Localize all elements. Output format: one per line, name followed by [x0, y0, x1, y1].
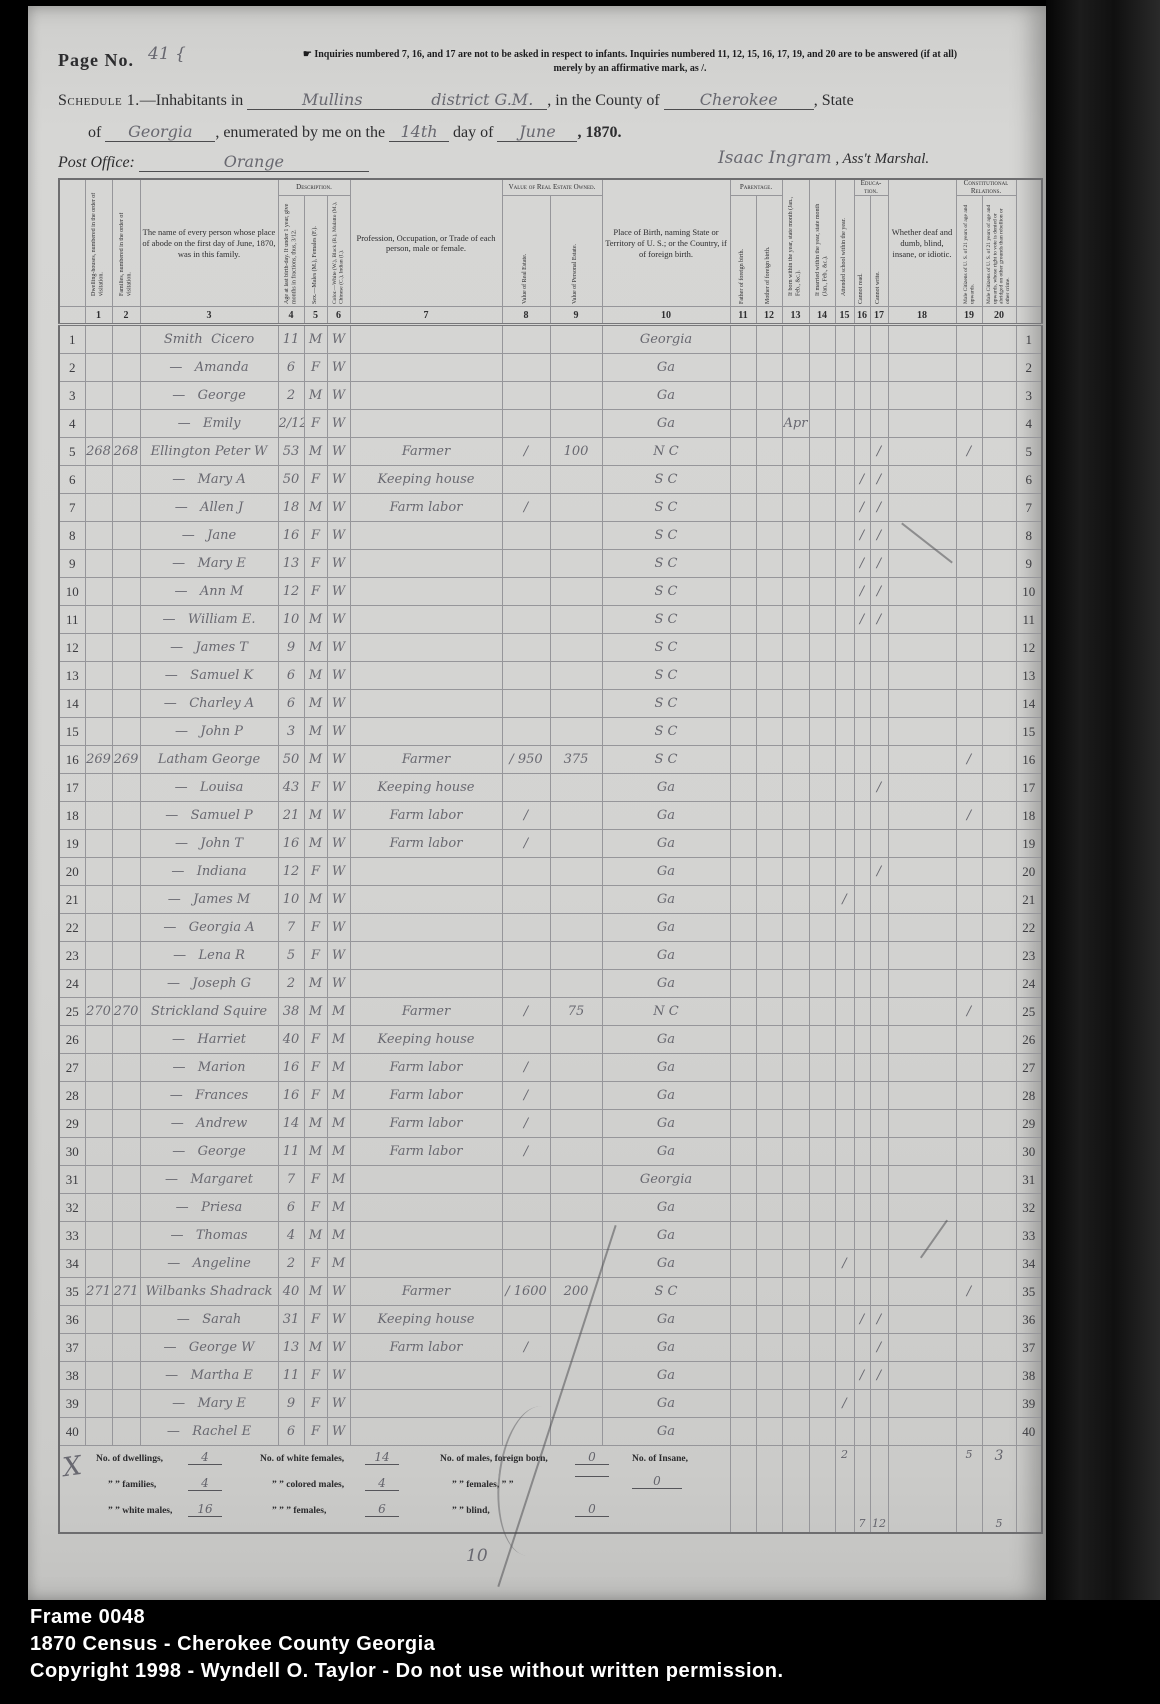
cell-name: Smith Cicero — [140, 325, 278, 354]
cell-re: / — [502, 1082, 550, 1110]
cell-deaf — [888, 1222, 956, 1250]
cell-cr: / — [854, 522, 870, 550]
cell-mf — [756, 1194, 782, 1222]
cell-married — [809, 662, 835, 690]
cell-occ: Farmer — [350, 998, 502, 1026]
cell-ff — [730, 522, 756, 550]
cell-mf — [756, 914, 782, 942]
cell-re: / — [502, 494, 550, 522]
cell-pe: 75 — [550, 998, 602, 1026]
cell-n-right: 18 — [1016, 802, 1042, 830]
cell-married — [809, 690, 835, 718]
families-label: ” ” families, — [108, 1480, 156, 1490]
cell-cit — [956, 1166, 982, 1194]
cell-c20 — [982, 718, 1016, 746]
cell-c20 — [982, 466, 1016, 494]
cell-deaf — [888, 1306, 956, 1334]
cell-color: M — [327, 1222, 350, 1250]
cell-fam — [112, 606, 140, 634]
cell-c20 — [982, 886, 1016, 914]
cell-cw: / — [870, 578, 888, 606]
cell-name: Wilbanks Shadrack — [140, 1278, 278, 1306]
cell-name: — George — [140, 1138, 278, 1166]
cell-pe — [550, 942, 602, 970]
cell-cr — [854, 1110, 870, 1138]
cell-occ: Farm labor — [350, 1054, 502, 1082]
cell-sex: F — [304, 410, 327, 438]
cell-fam — [112, 718, 140, 746]
cell-occ — [350, 942, 502, 970]
cell-cw — [870, 1194, 888, 1222]
cell-occ: Keeping house — [350, 1306, 502, 1334]
cell-mf — [756, 830, 782, 858]
summary-mark: 7 — [855, 1517, 870, 1530]
cell-re: / — [502, 438, 550, 466]
cell-cit — [956, 1250, 982, 1278]
cell-occ: Farmer — [350, 438, 502, 466]
cell-deaf — [888, 690, 956, 718]
cell-n-right: 27 — [1016, 1054, 1042, 1082]
cell-cw — [870, 746, 888, 774]
cell-ff — [730, 1390, 756, 1418]
cell-cw: / — [870, 522, 888, 550]
cell-cit — [956, 522, 982, 550]
cell-dw — [85, 634, 112, 662]
cell-pe: 100 — [550, 438, 602, 466]
cell-ff — [730, 382, 756, 410]
cell-sex: F — [304, 1194, 327, 1222]
cell-cit — [956, 1194, 982, 1222]
cell-sex: M — [304, 690, 327, 718]
cell-school: / — [835, 1250, 854, 1278]
state-label: , State — [814, 92, 854, 109]
summary-cell-right — [1016, 1446, 1042, 1534]
column-number: 8 — [502, 307, 550, 325]
cell-birth: S C — [602, 494, 730, 522]
cell-mf — [756, 382, 782, 410]
census-row: 7— Allen J18MWFarm labor/S C//7 — [59, 494, 1042, 522]
cell-married — [809, 718, 835, 746]
cell-pe — [550, 1362, 602, 1390]
cell-color: W — [327, 914, 350, 942]
census-row: 19— John T16MWFarm labor/Ga19 — [59, 830, 1042, 858]
cell-pe — [550, 1166, 602, 1194]
cell-re — [502, 858, 550, 886]
cell-pe — [550, 1026, 602, 1054]
cell-mf — [756, 746, 782, 774]
cell-occ — [350, 886, 502, 914]
cell-deaf — [888, 354, 956, 382]
cell-name: — Andrew — [140, 1110, 278, 1138]
column-number — [1016, 307, 1042, 325]
cell-re — [502, 606, 550, 634]
cell-dw: 270 — [85, 998, 112, 1026]
cell-born — [782, 1390, 809, 1418]
census-row: 17— Louisa43FWKeeping houseGa/17 — [59, 774, 1042, 802]
cell-fam: 270 — [112, 998, 140, 1026]
cell-n: 10 — [59, 578, 85, 606]
cell-fam: 268 — [112, 438, 140, 466]
cell-n: 11 — [59, 606, 85, 634]
cell-n-right: 14 — [1016, 690, 1042, 718]
census-row: 4— Emily2/12FWGaApr4 — [59, 410, 1042, 438]
cell-cit — [956, 830, 982, 858]
cell-occ — [350, 578, 502, 606]
col-cannot-write-header: Cannot write. — [870, 196, 888, 307]
cell-mf — [756, 410, 782, 438]
cell-born — [782, 690, 809, 718]
cell-fam — [112, 382, 140, 410]
cell-school — [835, 1054, 854, 1082]
cell-cw — [870, 886, 888, 914]
cell-c20 — [982, 550, 1016, 578]
cell-cw — [870, 914, 888, 942]
cell-school: / — [835, 886, 854, 914]
cell-cit — [956, 1222, 982, 1250]
cell-cw — [870, 1250, 888, 1278]
cell-age: 40 — [278, 1278, 304, 1306]
cell-mf — [756, 354, 782, 382]
cell-dw — [85, 1362, 112, 1390]
cell-occ — [350, 1222, 502, 1250]
summary-cell-12 — [756, 1446, 782, 1534]
cell-cr — [854, 382, 870, 410]
cell-pe — [550, 382, 602, 410]
cell-school — [835, 970, 854, 998]
cell-deaf — [888, 382, 956, 410]
cell-married — [809, 438, 835, 466]
schedule-line: Schedule 1.—Inhabitants in Mullinsdistri… — [58, 90, 1038, 110]
cell-occ — [350, 1362, 502, 1390]
column-number: 4 — [278, 307, 304, 325]
cell-deaf — [888, 830, 956, 858]
cell-sex: M — [304, 382, 327, 410]
cell-re: / 1600 — [502, 1278, 550, 1306]
cell-deaf — [888, 522, 956, 550]
cell-mf — [756, 606, 782, 634]
cell-dw — [85, 1082, 112, 1110]
col-father-foreign-header: Father of foreign birth. — [730, 196, 756, 307]
cell-cw — [870, 410, 888, 438]
cell-n-right: 5 — [1016, 438, 1042, 466]
cell-age: 13 — [278, 1334, 304, 1362]
cell-mf — [756, 1138, 782, 1166]
cell-pe — [550, 858, 602, 886]
cell-cw — [870, 1138, 888, 1166]
column-number: 12 — [756, 307, 782, 325]
cell-born — [782, 550, 809, 578]
cell-c20 — [982, 606, 1016, 634]
instructions-line2: merely by an affirmative mark, as /. — [553, 63, 706, 74]
cell-occ — [350, 522, 502, 550]
cell-school — [835, 1418, 854, 1446]
cell-ff — [730, 914, 756, 942]
cell-cw: / — [870, 438, 888, 466]
column-number: 13 — [782, 307, 809, 325]
cell-n-right: 31 — [1016, 1166, 1042, 1194]
cell-school — [835, 438, 854, 466]
cell-n-right: 9 — [1016, 550, 1042, 578]
cell-school — [835, 1026, 854, 1054]
cell-married — [809, 494, 835, 522]
cell-cw — [870, 634, 888, 662]
cell-married — [809, 1026, 835, 1054]
cell-mf — [756, 1222, 782, 1250]
cell-n-right: 17 — [1016, 774, 1042, 802]
cell-cr — [854, 998, 870, 1026]
cell-sex: M — [304, 886, 327, 914]
cell-cw — [870, 1418, 888, 1446]
col-married-month-header: If married within the year, state month … — [809, 179, 835, 307]
cell-occ — [350, 1166, 502, 1194]
cell-age: 50 — [278, 746, 304, 774]
cell-birth: Ga — [602, 382, 730, 410]
cell-ff — [730, 942, 756, 970]
cell-fam — [112, 522, 140, 550]
cell-cr — [854, 662, 870, 690]
cell-fam — [112, 690, 140, 718]
cell-re — [502, 718, 550, 746]
cell-c20 — [982, 942, 1016, 970]
col-color-header: Color.—White (W.), Black (B.), Mulatto (… — [327, 196, 350, 307]
cell-married — [809, 606, 835, 634]
summary-cell-18 — [888, 1446, 956, 1534]
cell-occ — [350, 1194, 502, 1222]
cell-ff — [730, 466, 756, 494]
cell-cw: / — [870, 1362, 888, 1390]
cell-birth: Ga — [602, 1334, 730, 1362]
cell-cw — [870, 325, 888, 354]
cell-n: 25 — [59, 998, 85, 1026]
column-number: 9 — [550, 307, 602, 325]
cell-ff — [730, 970, 756, 998]
county-label: , in the County of — [547, 92, 659, 109]
cell-age: 9 — [278, 1390, 304, 1418]
cell-cr: / — [854, 1306, 870, 1334]
cell-mf — [756, 1026, 782, 1054]
cell-sex: M — [304, 1222, 327, 1250]
cell-deaf — [888, 1054, 956, 1082]
cell-occ — [350, 1390, 502, 1418]
cell-cit — [956, 410, 982, 438]
cell-mf — [756, 466, 782, 494]
group-description: Description. — [278, 179, 350, 196]
cell-re: / — [502, 1054, 550, 1082]
cell-married — [809, 858, 835, 886]
cell-cit — [956, 690, 982, 718]
cell-re: / — [502, 998, 550, 1026]
cell-n: 40 — [59, 1418, 85, 1446]
cell-dw — [85, 1334, 112, 1362]
cell-cw — [870, 942, 888, 970]
cell-occ: Farmer — [350, 1278, 502, 1306]
cell-married — [809, 970, 835, 998]
cell-married — [809, 354, 835, 382]
cell-cr — [854, 634, 870, 662]
cell-color: W — [327, 830, 350, 858]
census-row: 24— Joseph G2MWGa24 — [59, 970, 1042, 998]
cell-dw — [85, 1054, 112, 1082]
cell-deaf — [888, 774, 956, 802]
enumerated-label: , enumerated by me on the — [215, 124, 385, 141]
cell-cit — [956, 970, 982, 998]
cell-deaf — [888, 410, 956, 438]
cell-n-right: 24 — [1016, 970, 1042, 998]
cell-born — [782, 494, 809, 522]
cell-cr — [854, 1334, 870, 1362]
cell-married — [809, 1334, 835, 1362]
cell-cr — [854, 354, 870, 382]
census-row: 31— Margaret7FMGeorgia31 — [59, 1166, 1042, 1194]
cell-fam — [112, 1194, 140, 1222]
cell-cit — [956, 325, 982, 354]
cell-age: 16 — [278, 1054, 304, 1082]
cell-cw — [870, 1054, 888, 1082]
cell-school — [835, 858, 854, 886]
cell-school — [835, 1222, 854, 1250]
cell-n-right: 22 — [1016, 914, 1042, 942]
cell-school — [835, 550, 854, 578]
page-number-label: Page No. — [58, 50, 134, 71]
cell-occ — [350, 634, 502, 662]
cell-n: 6 — [59, 466, 85, 494]
cell-cit: / — [956, 746, 982, 774]
cell-c20 — [982, 1082, 1016, 1110]
cell-fam — [112, 830, 140, 858]
cell-age: 31 — [278, 1306, 304, 1334]
day-field: 14th — [389, 122, 449, 142]
cell-deaf — [888, 578, 956, 606]
cell-mf — [756, 858, 782, 886]
census-row: 8— Jane16FWS C//8 — [59, 522, 1042, 550]
cell-deaf — [888, 718, 956, 746]
cell-cit — [956, 1306, 982, 1334]
cell-mf — [756, 494, 782, 522]
cell-birth: S C — [602, 606, 730, 634]
cell-name: — Charley A — [140, 690, 278, 718]
cell-married — [809, 1054, 835, 1082]
cell-name: — James T — [140, 634, 278, 662]
scan-dark-edge — [1046, 0, 1160, 1600]
cell-age: 6 — [278, 662, 304, 690]
col-families-header: Families, numbered in the order of visit… — [112, 179, 140, 307]
cell-fam — [112, 354, 140, 382]
cell-re — [502, 1194, 550, 1222]
cell-ff — [730, 998, 756, 1026]
cell-born — [782, 1418, 809, 1446]
col-birthplace-header: Place of Birth, naming State or Territor… — [602, 179, 730, 307]
cell-occ — [350, 325, 502, 354]
cell-name: — Samuel P — [140, 802, 278, 830]
cell-cit — [956, 1082, 982, 1110]
cell-dw — [85, 550, 112, 578]
females-foreign-value — [575, 1476, 609, 1477]
cell-dw — [85, 718, 112, 746]
cell-ff — [730, 718, 756, 746]
cell-color: W — [327, 438, 350, 466]
cell-married — [809, 550, 835, 578]
cell-color: W — [327, 354, 350, 382]
cell-mf — [756, 662, 782, 690]
column-number — [59, 307, 85, 325]
cell-fam — [112, 1110, 140, 1138]
cell-sex: F — [304, 1166, 327, 1194]
cell-name: — George W — [140, 1334, 278, 1362]
census-row: 23— Lena R5FWGa23 — [59, 942, 1042, 970]
cell-sex: M — [304, 606, 327, 634]
column-number: 15 — [835, 307, 854, 325]
cell-age: 11 — [278, 1362, 304, 1390]
frame-caption: Frame 0048 — [30, 1606, 145, 1629]
cell-age: 2/12 — [278, 410, 304, 438]
cell-ff — [730, 1026, 756, 1054]
cell-deaf — [888, 606, 956, 634]
cell-mf — [756, 1250, 782, 1278]
cell-cr — [854, 718, 870, 746]
cell-ff — [730, 1222, 756, 1250]
cell-born — [782, 1306, 809, 1334]
cell-deaf — [888, 1110, 956, 1138]
cell-cr — [854, 410, 870, 438]
cell-n: 8 — [59, 522, 85, 550]
cell-ff — [730, 830, 756, 858]
cell-cit — [956, 494, 982, 522]
census-row: 12— James T9MWS C12 — [59, 634, 1042, 662]
cell-c20 — [982, 325, 1016, 354]
cell-deaf — [888, 1194, 956, 1222]
col-school-header: Attended school within the year. — [835, 179, 854, 307]
cell-cit — [956, 774, 982, 802]
cell-re — [502, 662, 550, 690]
cell-cr — [854, 774, 870, 802]
marshal-name: Isaac Ingram — [718, 148, 832, 168]
cell-mf — [756, 774, 782, 802]
cell-c20 — [982, 1194, 1016, 1222]
summary-mark: 12 — [871, 1517, 888, 1530]
cell-sex: F — [304, 914, 327, 942]
cell-pe — [550, 1138, 602, 1166]
cell-re — [502, 466, 550, 494]
col-born-month-header: If born within the year, state month (Ja… — [782, 179, 809, 307]
cell-fam — [112, 774, 140, 802]
cell-sex: M — [304, 1334, 327, 1362]
cell-cr — [854, 830, 870, 858]
cell-color: M — [327, 1082, 350, 1110]
cell-cw: / — [870, 606, 888, 634]
cell-ff — [730, 774, 756, 802]
cell-pe — [550, 830, 602, 858]
blind-value: 0 — [575, 1502, 609, 1517]
cell-deaf — [888, 1390, 956, 1418]
cell-born — [782, 662, 809, 690]
cell-n: 21 — [59, 886, 85, 914]
cell-pe — [550, 550, 602, 578]
cell-cit — [956, 942, 982, 970]
cell-occ: Farm labor — [350, 494, 502, 522]
cell-school — [835, 914, 854, 942]
cell-dw — [85, 578, 112, 606]
cell-dw — [85, 494, 112, 522]
cell-occ — [350, 354, 502, 382]
cell-c20 — [982, 830, 1016, 858]
cell-re — [502, 886, 550, 914]
cell-married — [809, 1194, 835, 1222]
cell-fam: 269 — [112, 746, 140, 774]
column-number: 10 — [602, 307, 730, 325]
post-office-line: Post Office: Orange — [58, 152, 369, 172]
cell-cit — [956, 1390, 982, 1418]
cell-cw — [870, 998, 888, 1026]
